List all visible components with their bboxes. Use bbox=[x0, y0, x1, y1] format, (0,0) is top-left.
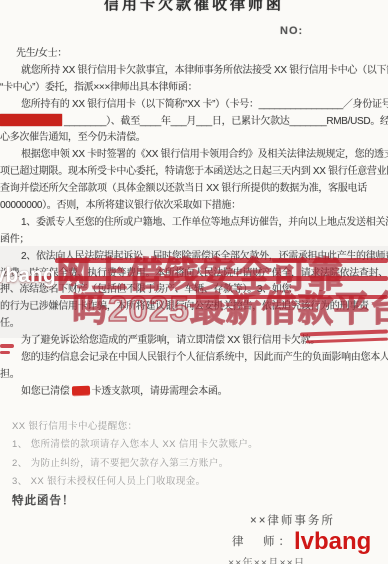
document-title: 信用卡欠款催收律师函 bbox=[0, 0, 388, 14]
doc-line: 3、 XX 银行未授权任何人员上门收取现金。 bbox=[0, 473, 388, 492]
doc-line bbox=[0, 401, 388, 418]
doc-line: 1、 您所清偿的款项请存入您本人 XX 信用卡欠款账户。 bbox=[0, 436, 388, 455]
doc-line: XX 银行信用卡中心提醒您： bbox=[0, 418, 388, 437]
doc-line: 心多次催告通知，至今仍未清偿。 bbox=[0, 130, 388, 147]
red-stroke bbox=[0, 351, 10, 354]
red-stroke bbox=[0, 344, 14, 348]
doc-line: 先生/女士： bbox=[0, 46, 388, 63]
letter-page: 信用卡欠款催收律师函 NO: 先生/女士：就您所持 XX 银行信用卡欠款事宜，本… bbox=[0, 0, 388, 564]
doc-line: 担。 bbox=[0, 367, 388, 384]
lvbang-watermark-signature: lvbang bbox=[294, 528, 371, 555]
signature-date: ××年××月××日 bbox=[228, 555, 305, 564]
lawyer-signature-row: 律 师：lvbang bbox=[232, 528, 371, 556]
doc-line: 函件； bbox=[0, 232, 388, 249]
doc-line: 就您所持 XX 银行信用卡欠款事宜，本律师事务所依法接受 XX 银行信用卡中心（… bbox=[0, 63, 388, 80]
lvbang-watermark-left: lvbang bbox=[0, 264, 56, 288]
red-stroke bbox=[28, 276, 388, 281]
document-number-label: NO: bbox=[280, 25, 303, 37]
doc-line: “卡中心”）委托，指派×××律师出具本律师函： bbox=[0, 80, 388, 97]
redaction-bar bbox=[0, 114, 62, 126]
doc-line: 2、 为防止纠纷，请不要把欠款存入第三方账户。 bbox=[0, 455, 388, 474]
doc-line: 1、委派专人至您的住所或户籍地、工作单位等地点拜访催告，并向以上地点发送相关法律 bbox=[0, 215, 388, 232]
doc-line: 查询并偿还所欠全部款项（具体金额以还款当日 XX 银行所提供的数据为准，客服电话 bbox=[0, 181, 388, 198]
doc-line: 您的违约信息会记录在中国人民银行个人征信系统中，因此而产生的负面影响由您本人承 bbox=[0, 350, 388, 367]
red-stroke bbox=[55, 258, 388, 263]
lawyer-label: 律 师： bbox=[232, 536, 294, 548]
doc-line: 00000000）。否则，本所将建议银行依次采取如下措施： bbox=[0, 198, 388, 215]
red-stroke bbox=[60, 295, 388, 299]
doc-line: 根据您申领 XX 卡时签署的《XX 银行信用卡领用合约》及相关法律法规规定，您的… bbox=[0, 147, 388, 164]
doc-line: 的行为已涉嫌信用卡诈骗，本所将建议银行向公安机关控告，依法追究该行为的刑事责 bbox=[0, 299, 388, 316]
doc-line: 项已超过期限。现本所受卡中心委托，特请您于本函送达之日起三天内到 XX 银行任意… bbox=[0, 164, 388, 181]
law-firm-name: ××律师事务所 bbox=[250, 512, 335, 528]
doc-line: 如您已清偿卡透支款项，请毋需理会本函。 bbox=[0, 384, 388, 401]
red-scribble-mark bbox=[71, 386, 89, 396]
doc-line: ________）、截至____年___月___日，已累计欠款达_______R… bbox=[0, 114, 388, 131]
doc-line: 您所持有的 XX 银行信用卡（以下简称“XX 卡”）（卡号：__________… bbox=[0, 97, 388, 114]
doc-line: 特此函告！ bbox=[0, 492, 388, 510]
